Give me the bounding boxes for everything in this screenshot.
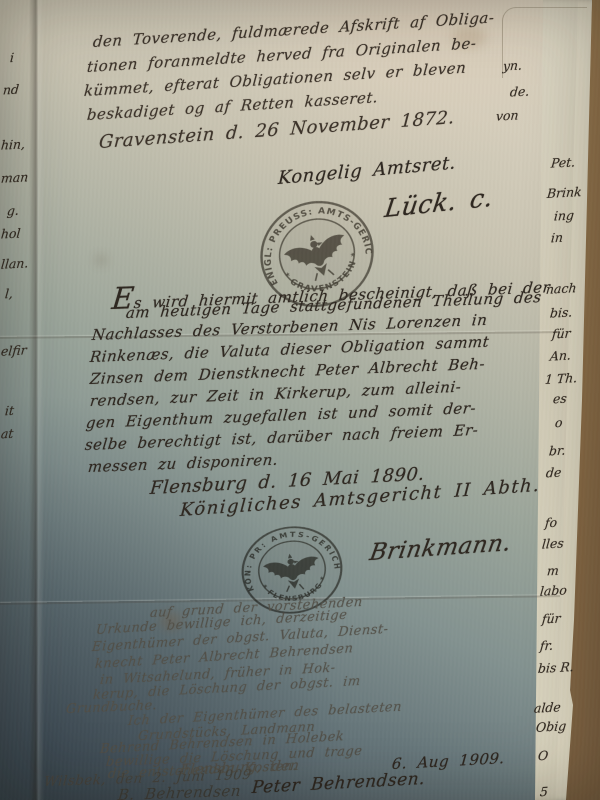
strip-fragment: fr.: [539, 638, 554, 654]
margin-fragment: it: [4, 403, 14, 419]
strip-fragment: in: [550, 230, 563, 246]
margin-fragment: elfir: [0, 342, 27, 358]
strip-fragment: Pet.: [550, 154, 576, 170]
document-photo: den Toverende, fuldmærede Afskrift af Ob…: [0, 0, 600, 800]
strip-fragment: lles: [541, 535, 564, 551]
margin-fragment: g.: [6, 203, 19, 219]
strip-fragment: 1 Th.: [544, 370, 578, 387]
strip-fragment: es: [552, 391, 567, 407]
margin-fragment: l,: [4, 286, 13, 302]
signature-b-behrendsen: B. Behrendsen: [117, 782, 242, 800]
vertical-fold-crease: [29, 0, 44, 800]
margin-fragment: von: [495, 107, 519, 123]
strip-fragment: o: [554, 415, 563, 430]
margin-fragment: hin,: [0, 136, 25, 152]
strip-fragment: fo: [544, 515, 557, 531]
margin-fragment: de.: [509, 83, 530, 99]
strip-fragment: labo: [539, 582, 567, 599]
margin-fragment: at: [0, 426, 14, 442]
strip-fragment: Obig: [535, 718, 567, 735]
strip-fragment: bis R.: [537, 659, 574, 676]
margin-fragment: yn.: [502, 57, 522, 73]
strip-fragment: m: [546, 563, 559, 579]
margin-fragment: nd: [2, 82, 19, 98]
strip-fragment: An.: [549, 347, 571, 363]
strip-fragment: nach: [545, 280, 577, 297]
paper-stain: [96, 256, 106, 264]
strip-fragment: 5: [539, 784, 548, 800]
margin-fragment: llan.: [0, 255, 29, 272]
strip-fragment: für: [541, 610, 561, 626]
strip-fragment: br.: [548, 443, 566, 459]
margin-fragment: hol: [0, 225, 21, 241]
margin-fragment: man: [0, 169, 29, 186]
strip-fragment: alde: [533, 699, 561, 715]
strip-fragment: ing: [553, 207, 574, 223]
strip-fragment: O: [537, 748, 549, 764]
strip-fragment: für: [551, 325, 571, 341]
strip-fragment: de: [545, 465, 562, 481]
strip-fragment: Brink: [546, 184, 582, 201]
strip-fragment: bis.: [549, 304, 573, 320]
